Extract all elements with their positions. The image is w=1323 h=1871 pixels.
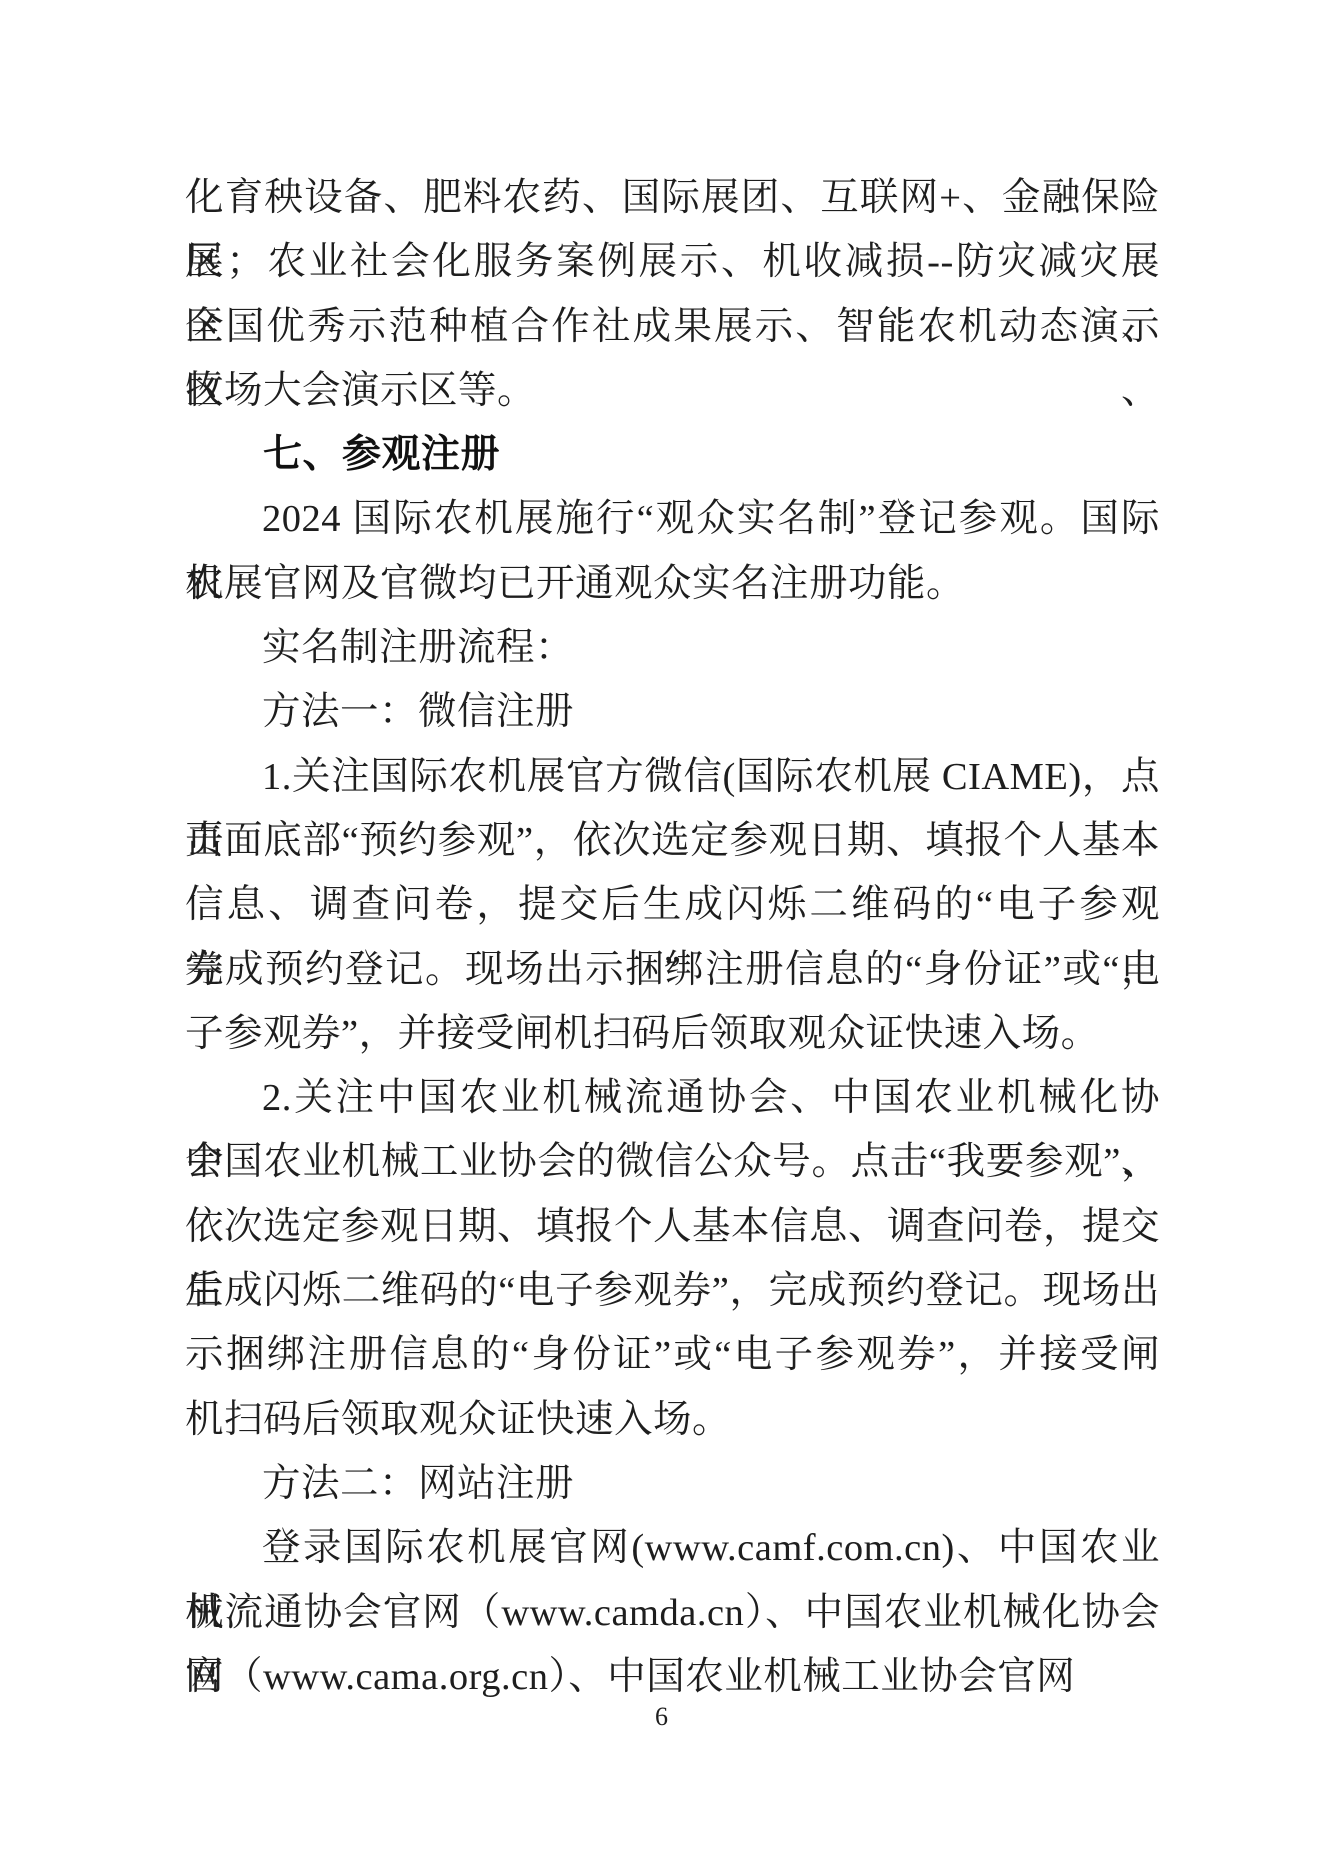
document-page: 化育秧设备、肥料农药、国际展团、互联网+、金融保险展 区；农业社会化服务案例展示…: [0, 0, 1323, 1871]
text-line: 网（www.cama.org.cn）、中国农业机械工业协会官网: [185, 1645, 1160, 1709]
text-line: 械流通协会官网（www.camda.cn）、中国农业机械化协会官: [185, 1581, 1160, 1645]
text-line: 完成预约登记。现场出示捆绑注册信息的“身份证”或“电: [185, 938, 1160, 1002]
document-body: 化育秧设备、肥料农药、国际展团、互联网+、金融保险展 区；农业社会化服务案例展示…: [185, 166, 1160, 1709]
text-line: 机扫码后领取观众证快速入场。: [185, 1388, 1160, 1452]
text-line: 方法二：网站注册: [185, 1452, 1160, 1516]
text-line: 示捆绑注册信息的“身份证”或“电子参观券”，并接受闸: [185, 1323, 1160, 1387]
text-line: 登录国际农机展官网(www.camf.com.cn)、中国农业机: [185, 1516, 1160, 1580]
text-line: 子参观券”，并接受闸机扫码后领取观众证快速入场。: [185, 1002, 1160, 1066]
text-line: 生成闪烁二维码的“电子参观券”，完成预约登记。现场出: [185, 1259, 1160, 1323]
text-line: 全国优秀示范种植合作社成果展示、智能农机动态演示区、: [185, 295, 1160, 359]
text-line: 中国农业机械工业协会的微信公众号。点击“我要参观”，: [185, 1130, 1160, 1194]
text-line: 方法一：微信注册: [185, 680, 1160, 744]
text-line: 1.关注国际农机展官方微信(国际农机展 CIAME)，点击: [185, 745, 1160, 809]
page-number: 6: [0, 1701, 1323, 1733]
text-line: 区；农业社会化服务案例展示、机收减损--防灾减灾展区、: [185, 230, 1160, 294]
text-line: 信息、调查问卷，提交后生成闪烁二维码的“电子参观券”，: [185, 873, 1160, 937]
text-line: 2024 国际农机展施行“观众实名制”登记参观。国际农: [185, 487, 1160, 551]
text-line: 实名制注册流程：: [185, 616, 1160, 680]
text-line: 2.关注中国农业机械流通协会、中国农业机械化协会、: [185, 1066, 1160, 1130]
section-heading: 七、参观注册: [185, 423, 1160, 487]
text-line: 页面底部“预约参观”，依次选定参观日期、填报个人基本: [185, 809, 1160, 873]
text-line: 机展官网及官微均已开通观众实名注册功能。: [185, 552, 1160, 616]
text-line: 依次选定参观日期、填报个人基本信息、调查问卷，提交后: [185, 1195, 1160, 1259]
text-line: 化育秧设备、肥料农药、国际展团、互联网+、金融保险展: [185, 166, 1160, 230]
